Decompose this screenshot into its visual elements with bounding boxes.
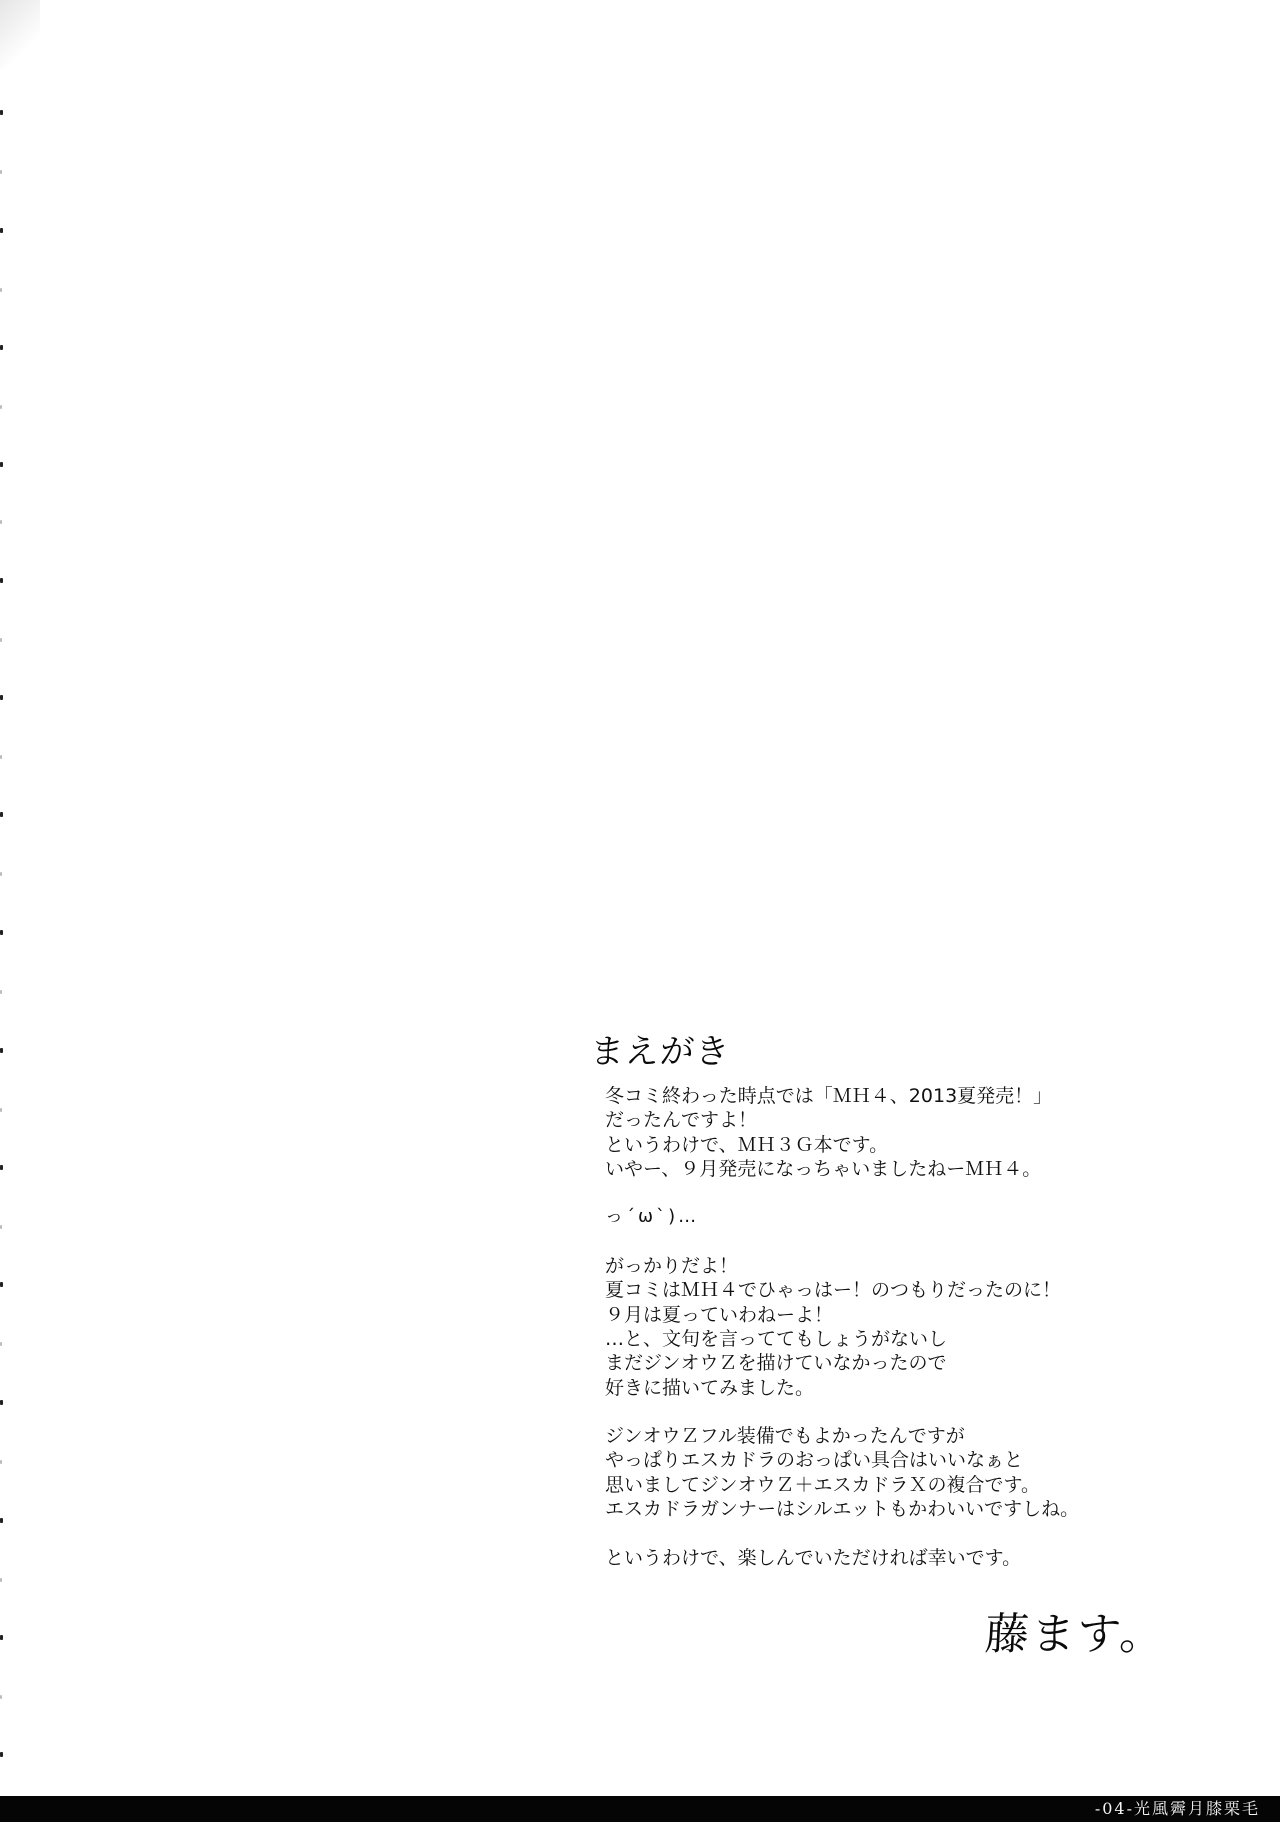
- afterword-line: …と、文句を言っててもしょうがないし: [605, 1327, 1150, 1351]
- author-signature: 藤ます。: [983, 1605, 1167, 1665]
- binding-mark: [0, 1635, 3, 1640]
- afterword-line: だったんですよ！: [605, 1108, 1150, 1132]
- binding-mark: [0, 110, 3, 115]
- binding-mark: [0, 638, 2, 642]
- binding-mark: [0, 1108, 2, 1112]
- afterword-line: 夏コミはＭＨ４でひゃっはー！のつもりだったのに！: [605, 1278, 1150, 1302]
- afterword-line: ９月は夏っていわねーよ！: [605, 1303, 1150, 1327]
- binding-mark: [0, 1165, 3, 1170]
- binding-mark: [0, 1282, 3, 1287]
- binding-mark: [0, 1225, 2, 1229]
- binding-mark: [0, 1752, 3, 1757]
- binding-mark: [0, 170, 2, 174]
- binding-mark: [0, 1342, 2, 1346]
- afterword-title: まえがき: [588, 1030, 1151, 1074]
- binding-mark: [0, 1695, 2, 1699]
- afterword-line: がっかりだよ！: [605, 1254, 1150, 1278]
- afterword-line: まだジンオウＺを描けていなかったので: [605, 1351, 1150, 1375]
- binding-mark: [0, 405, 2, 409]
- afterword-line: やっぱりエスカドラのおっぱい具合はいいなぁと: [605, 1448, 1150, 1472]
- afterword-body: 冬コミ終わった時点では「ＭＨ４、2013夏発売！」 だったんですよ！ というわけ…: [605, 1084, 1150, 1570]
- binding-mark: [0, 1048, 3, 1053]
- binding-mark: [0, 812, 3, 817]
- page-number-label: -04-光風霽月膝栗毛: [1095, 1798, 1260, 1820]
- binding-mark: [0, 228, 3, 233]
- binding-mark: [0, 520, 2, 524]
- binding-mark: [0, 1400, 3, 1405]
- blank-line: [605, 1181, 1150, 1205]
- binding-mark: [0, 990, 2, 994]
- blank-line: [605, 1400, 1150, 1424]
- binding-mark: [0, 755, 2, 759]
- afterword-line: というわけで、ＭＨ３Ｇ本です。: [605, 1133, 1150, 1157]
- emoticon-line: っ´ω`)…: [605, 1205, 1150, 1229]
- blank-line: [605, 1521, 1150, 1545]
- binding-mark: [0, 1460, 2, 1464]
- afterword-line: ジンオウＺフル装備でもよかったんですが: [605, 1424, 1150, 1448]
- footer-bar: -04-光風霽月膝栗毛: [0, 1796, 1280, 1822]
- afterword-line: いやー、９月発売になっちゃいましたねーＭＨ４。: [605, 1157, 1150, 1181]
- afterword-line: 好きに描いてみました。: [605, 1376, 1150, 1400]
- binding-mark: [0, 930, 3, 935]
- binding-mark: [0, 578, 3, 583]
- blank-line: [605, 1230, 1150, 1254]
- document-page: まえがき 冬コミ終わった時点では「ＭＨ４、2013夏発売！」 だったんですよ！ …: [0, 0, 1280, 1822]
- binding-mark: [0, 462, 3, 467]
- binding-mark: [0, 1518, 3, 1523]
- binding-marks: [0, 0, 6, 1790]
- binding-mark: [0, 695, 3, 700]
- scan-shadow: [0, 0, 40, 70]
- binding-mark: [0, 345, 3, 350]
- afterword-line: 思いましてジンオウＺ＋エスカドラＸの複合です。: [605, 1473, 1150, 1497]
- afterword-line: エスカドラガンナーはシルエットもかわいいですしね。: [605, 1497, 1150, 1521]
- binding-mark: [0, 872, 2, 876]
- afterword-line: というわけで、楽しんでいただければ幸いです。: [605, 1546, 1150, 1570]
- afterword-line: 冬コミ終わった時点では「ＭＨ４、2013夏発売！」: [605, 1084, 1150, 1108]
- afterword-section: まえがき 冬コミ終わった時点では「ＭＨ４、2013夏発売！」 だったんですよ！ …: [590, 1030, 1150, 1570]
- binding-mark: [0, 288, 2, 292]
- binding-mark: [0, 1578, 2, 1582]
